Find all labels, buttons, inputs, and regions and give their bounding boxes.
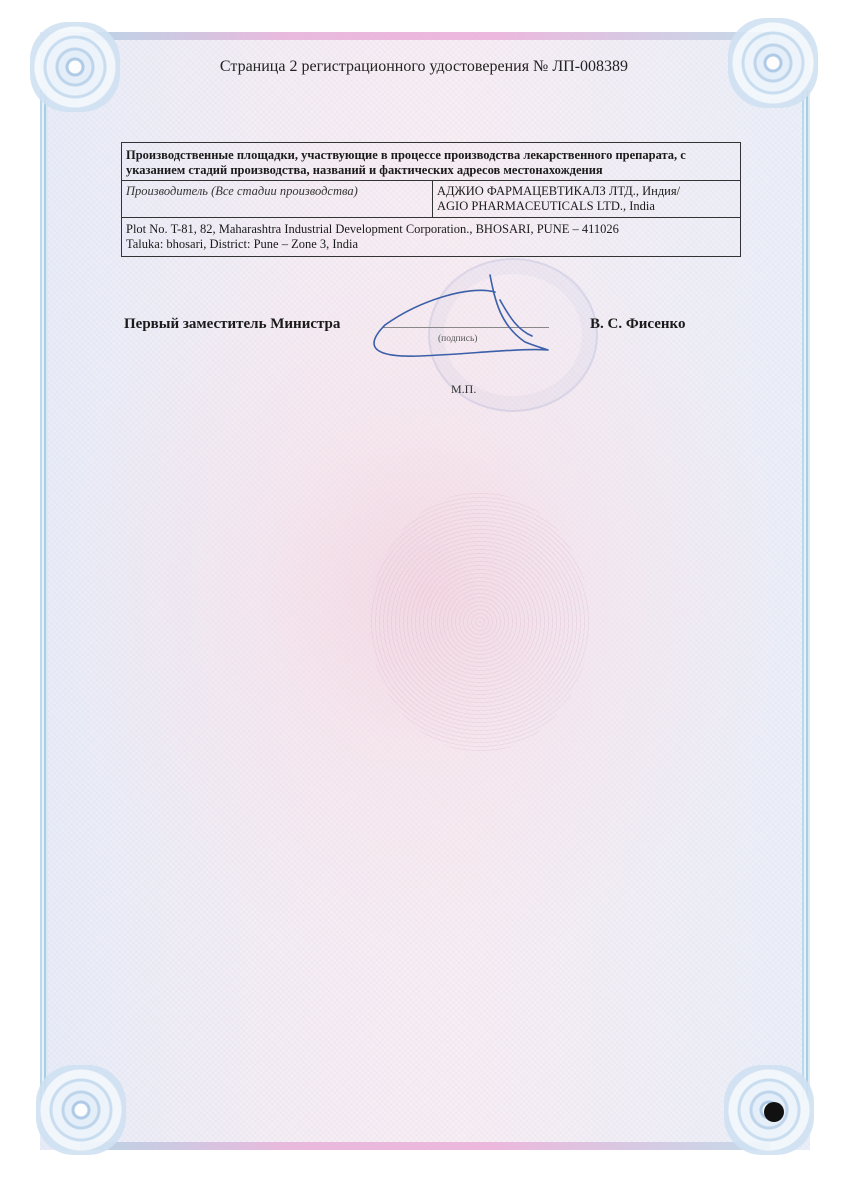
page-header: Страница 2 регистрационного удостоверени…: [0, 58, 848, 76]
table-heading-row: Производственные площадки, участвующие в…: [122, 143, 741, 181]
signatory-name: В. С. Фисенко: [590, 316, 685, 333]
table-row: Производитель (Все стадии производства) …: [122, 181, 741, 218]
table-heading: Производственные площадки, участвующие в…: [122, 143, 741, 181]
site-address: Plot No. T-81, 82, Maharashtra Industria…: [122, 218, 741, 257]
border-top: [80, 32, 770, 40]
address-line-1: Plot No. T-81, 82, Maharashtra Industria…: [126, 222, 736, 237]
manufacturer-company: АДЖИО ФАРМАЦЕВТИКАЛЗ ЛТД., Индия/ AGIO P…: [433, 181, 741, 218]
production-sites-table: Производственные площадки, участвующие в…: [121, 142, 741, 257]
company-name-ru: АДЖИО ФАРМАЦЕВТИКАЛЗ ЛТД., Индия/: [437, 184, 736, 199]
punch-hole: [764, 1102, 784, 1122]
border-bottom: [80, 1142, 770, 1150]
border-left: [40, 90, 48, 1100]
handwritten-signature-icon: [360, 270, 560, 370]
corner-rosette-icon: [36, 1065, 126, 1155]
signatory-title: Первый заместитель Министра: [124, 316, 340, 333]
table-row: Plot No. T-81, 82, Maharashtra Industria…: [122, 218, 741, 257]
address-line-2: Taluka: bhosari, District: Pune – Zone 3…: [126, 237, 736, 252]
manufacturer-role: Производитель (Все стадии производства): [122, 181, 433, 218]
border-right: [802, 90, 810, 1100]
seal-label: М.П.: [451, 382, 476, 397]
company-name-en: AGIO PHARMACEUTICALS LTD., India: [437, 199, 736, 214]
center-rosette-pattern: [370, 492, 590, 752]
